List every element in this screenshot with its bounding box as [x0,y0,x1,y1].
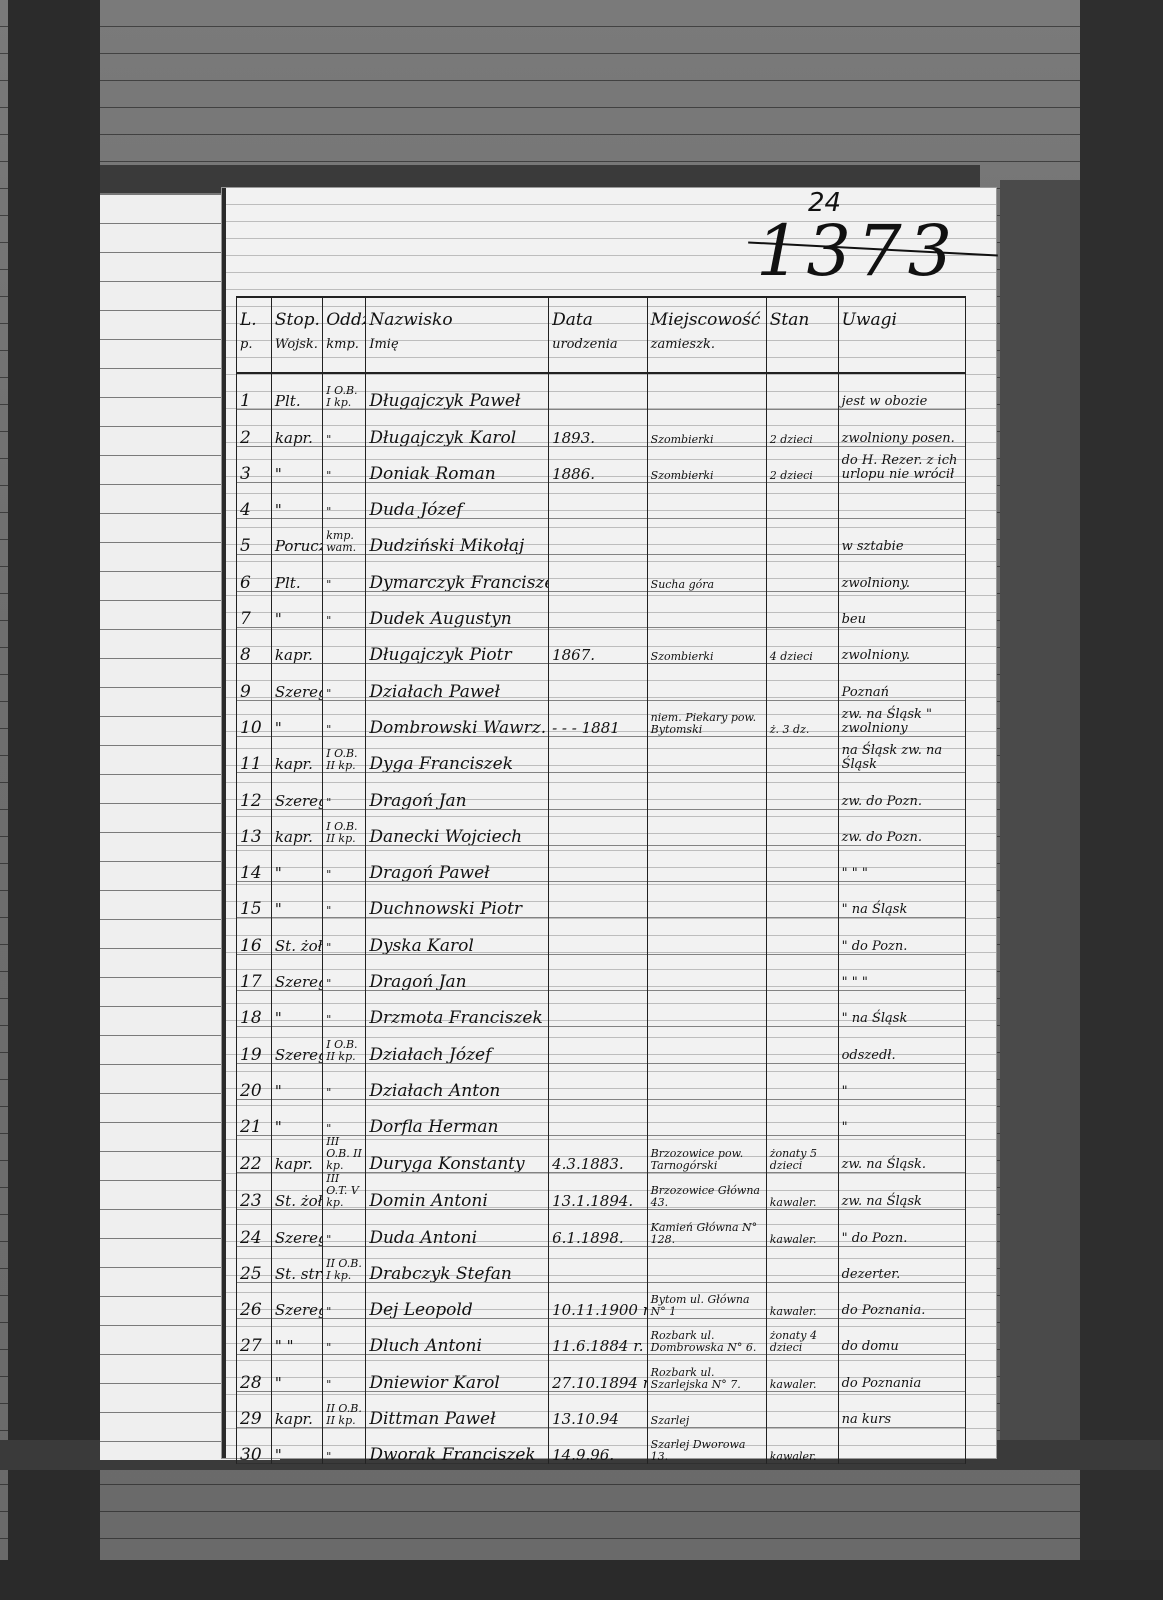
cell-unit: " [323,446,366,482]
header-marital-status: Stan [766,297,838,373]
cell-name: Duchnowski Piotr [366,882,549,918]
header-birth-date: Dataurodzenia [549,297,648,373]
scan-shadow-left [8,0,100,1600]
cell-unit: " [323,1099,366,1135]
cell-rank: " [271,1099,322,1135]
soldier-register-table: L.p. Stop.Wojsk. Oddz.kmp. NazwiskoImię … [236,296,966,1464]
header-lp: L.p. [237,297,272,373]
cell-residence: Brzozowice Główna 43. [647,1173,766,1210]
cell-remarks: beu [838,591,965,627]
cell-rank: Szereg. [271,1282,322,1318]
cell-unit: " [323,1355,366,1391]
table-row: 16St. żoł."Dyska Karol" do Pozn. [237,918,966,954]
cell-rank: kapr. [271,410,322,446]
cell-name: Dworak Franciszek [366,1428,549,1464]
cell-marital-status: żonaty 4 dzieci [766,1319,838,1355]
cell-birth-date [549,809,648,845]
cell-marital-status [766,882,838,918]
cell-residence: Rozbark ul. Szarlejska N° 7. [647,1355,766,1391]
cell-name: Działach Anton [366,1063,549,1099]
cell-unit: " [323,700,366,736]
cell-residence [647,882,766,918]
cell-rank: " [271,700,322,736]
cell-residence [647,954,766,990]
cell-rank: Plt. [271,373,322,410]
table-row: 15""Duchnowski Piotr" na Śląsk [237,882,966,918]
cell-remarks: odszedł. [838,1027,965,1063]
table-row: 9Szereg."Działach PawełPoznań [237,664,966,700]
cell-remarks: " na Śląsk [838,991,965,1027]
table-row: 27" ""Dluch Antoni11.6.1884 r.Rozbark ul… [237,1319,966,1355]
cell-lp: 10 [237,700,272,736]
cell-name: Dyga Franciszek [366,736,549,772]
cell-lp: 27 [237,1319,272,1355]
cell-lp: 24 [237,1210,272,1246]
ledger-page: 24 1373 L.p. Stop.Wojsk. Oddz.kmp. Nazwi… [222,188,996,1458]
cell-name: Duda Józef [366,482,549,518]
cell-unit: I O.B. II kp. [323,736,366,772]
table-row: 12Szereg."Dragoń Janzw. do Pozn. [237,773,966,809]
cell-birth-date: 11.6.1884 r. [549,1319,648,1355]
cell-marital-status: kawaler. [766,1210,838,1246]
cell-unit: " [323,773,366,809]
cell-remarks [838,1428,965,1464]
cell-rank: Porucz. [271,519,322,555]
cell-rank: " [271,591,322,627]
cell-name: Długajczyk Karol [366,410,549,446]
cell-birth-date: 13.1.1894. [549,1173,648,1210]
cell-rank: Szereg. [271,1027,322,1063]
cell-unit: " [323,845,366,881]
cell-birth-date [549,773,648,809]
cell-birth-date: - - - 1881 [549,700,648,736]
cell-remarks: zwolniony posen. [838,410,965,446]
table-row: 23St. żoł.III O.T. V kp.Domin Antoni13.1… [237,1173,966,1210]
cell-name: Dudek Augustyn [366,591,549,627]
cell-lp: 6 [237,555,272,591]
table-row: 8kapr.Długajczyk Piotr1867.Szombierki4 d… [237,628,966,664]
cell-unit: " [323,1210,366,1246]
cell-rank: " [271,1063,322,1099]
cell-marital-status [766,591,838,627]
cell-unit: " [323,1282,366,1318]
cell-marital-status: 2 dzieci [766,410,838,446]
cell-unit: II O.B. II kp. [323,1391,366,1427]
table-row: 22kapr.III O.B. II kp.Duryga Konstanty4.… [237,1136,966,1173]
cell-lp: 21 [237,1099,272,1135]
cell-marital-status: kawaler. [766,1428,838,1464]
cell-birth-date [549,918,648,954]
cell-rank: Szereg. [271,954,322,990]
cell-lp: 15 [237,882,272,918]
cell-residence [647,591,766,627]
cell-marital-status [766,1027,838,1063]
cell-marital-status: ż. 3 dz. [766,700,838,736]
cell-unit [323,628,366,664]
cell-remarks: jest w obozie [838,373,965,410]
cell-unit: I O.B. II kp. [323,1027,366,1063]
cell-remarks: zw. do Pozn. [838,773,965,809]
cell-residence [647,482,766,518]
cell-lp: 20 [237,1063,272,1099]
cell-birth-date [549,1027,648,1063]
cell-name: Dorfla Herman [366,1099,549,1135]
cell-remarks: " do Pozn. [838,918,965,954]
table-row: 11kapr.I O.B. II kp.Dyga Franciszekna Śl… [237,736,966,772]
cell-birth-date: 1886. [549,446,648,482]
cell-rank: kapr. [271,1391,322,1427]
cell-residence [647,1246,766,1282]
cell-residence [647,809,766,845]
header-residence: Miejscowośćzamieszk. [647,297,766,373]
cell-residence: Szombierki [647,628,766,664]
cell-marital-status [766,809,838,845]
cell-remarks: zw. na Śląsk. [838,1136,965,1173]
cell-name: Działach Józef [366,1027,549,1063]
cell-remarks: zwolniony. [838,555,965,591]
cell-name: Dniewior Karol [366,1355,549,1391]
cell-remarks: " [838,1063,965,1099]
cell-lp: 13 [237,809,272,845]
cell-rank: St. żoł. [271,1173,322,1210]
cell-rank: Szereg. [271,773,322,809]
table-row: 28""Dniewior Karol27.10.1894 r.Rozbark u… [237,1355,966,1391]
cell-birth-date [549,482,648,518]
cell-unit: III O.B. II kp. [323,1136,366,1173]
cell-remarks: " " " [838,845,965,881]
cell-unit: " [323,482,366,518]
cell-residence: Kamień Główna N° 128. [647,1210,766,1246]
cell-residence [647,1027,766,1063]
table-row: 21""Dorfla Herman" [237,1099,966,1135]
cell-marital-status: 2 dzieci [766,446,838,482]
cell-lp: 7 [237,591,272,627]
table-row: 29kapr.II O.B. II kp.Dittman Paweł13.10.… [237,1391,966,1427]
table-row: 24Szereg."Duda Antoni6.1.1898.Kamień Głó… [237,1210,966,1246]
table-row: 20""Działach Anton" [237,1063,966,1099]
cell-name: Działach Paweł [366,664,549,700]
cell-unit: " [323,555,366,591]
cell-unit: " [323,1319,366,1355]
table-row: 10""Dombrowski Wawrz.- - - 1881niem. Pie… [237,700,966,736]
cell-birth-date [549,664,648,700]
cell-name: Dyska Karol [366,918,549,954]
cell-rank: kapr. [271,1136,322,1173]
scan-shadow-bottom [0,1560,1163,1600]
cell-marital-status [766,773,838,809]
cell-birth-date [549,991,648,1027]
cell-marital-status [766,1099,838,1135]
cell-lp: 25 [237,1246,272,1282]
cell-residence: Szombierki [647,446,766,482]
cell-marital-status [766,1246,838,1282]
cell-remarks: zw. na Śląsk [838,1173,965,1210]
cell-name: Drzmota Franciszek [366,991,549,1027]
cell-lp: 22 [237,1136,272,1173]
cell-unit: I O.B. II kp. [323,809,366,845]
cell-residence [647,845,766,881]
cell-lp: 12 [237,773,272,809]
cell-remarks: do domu [838,1319,965,1355]
cell-remarks: " [838,1099,965,1135]
register-number: 1373 [756,210,958,292]
cell-birth-date [549,1063,648,1099]
cell-rank: Plt. [271,555,322,591]
cell-unit: " [323,664,366,700]
cell-residence [647,736,766,772]
header-unit: Oddz.kmp. [323,297,366,373]
cell-lp: 5 [237,519,272,555]
cell-rank: Szereg. [271,664,322,700]
cell-remarks: " na Śląsk [838,882,965,918]
cell-name: Duryga Konstanty [366,1136,549,1173]
cell-rank: Szereg. [271,1210,322,1246]
cell-birth-date: 6.1.1898. [549,1210,648,1246]
cell-marital-status [766,1391,838,1427]
cell-name: Doniak Roman [366,446,549,482]
cell-name: Dymarczyk Franciszek [366,555,549,591]
cell-birth-date: 10.11.1900 r. [549,1282,648,1318]
cell-unit: kmp. wam. [323,519,366,555]
cell-birth-date [549,591,648,627]
cell-birth-date [549,882,648,918]
cell-unit: II O.B. I kp. [323,1246,366,1282]
cell-residence: Szarlej Dworowa 13. [647,1428,766,1464]
cell-residence [647,373,766,410]
cell-residence [647,664,766,700]
cell-lp: 8 [237,628,272,664]
cell-birth-date: 27.10.1894 r. [549,1355,648,1391]
cell-lp: 11 [237,736,272,772]
cell-marital-status: żonaty 5 dzieci [766,1136,838,1173]
cell-name: Długajczyk Piotr [366,628,549,664]
table-row: 1Plt.I O.B. I kp.Długajczyk Pawełjest w … [237,373,966,410]
cell-birth-date: 13.10.94 [549,1391,648,1427]
cell-remarks: dezerter. [838,1246,965,1282]
cell-rank: " [271,446,322,482]
cell-lp: 18 [237,991,272,1027]
cell-rank: " [271,1355,322,1391]
cell-residence: Bytom ul. Główna N° 1 [647,1282,766,1318]
cell-birth-date [549,736,648,772]
cell-birth-date: 1867. [549,628,648,664]
cell-name: Duda Antoni [366,1210,549,1246]
table-row: 6Plt."Dymarczyk FranciszekSucha górazwol… [237,555,966,591]
cell-marital-status: kawaler. [766,1282,838,1318]
cell-rank: " " [271,1319,322,1355]
cell-name: Dudziński Mikołaj [366,519,549,555]
cell-remarks: na Śląsk zw. na Śląsk [838,736,965,772]
cell-remarks: zw. do Pozn. [838,809,965,845]
cell-residence: niem. Piekary pow. Bytomski [647,700,766,736]
cell-lp: 29 [237,1391,272,1427]
cell-residence: Rozbark ul. Dombrowska N° 6. [647,1319,766,1355]
cell-rank: St. strz. [271,1246,322,1282]
cell-rank: " [271,845,322,881]
cell-lp: 30 [237,1428,272,1464]
cell-birth-date [549,1099,648,1135]
header-rank: Stop.Wojsk. [271,297,322,373]
cell-unit: " [323,954,366,990]
cell-marital-status [766,519,838,555]
cell-birth-date: 14.9.96. [549,1428,648,1464]
cell-residence: Sucha góra [647,555,766,591]
cell-name: Dragoń Jan [366,773,549,809]
cell-lp: 14 [237,845,272,881]
cell-name: Drabczyk Stefan [366,1246,549,1282]
cell-marital-status [766,954,838,990]
cell-name: Dittman Paweł [366,1391,549,1427]
cell-marital-status [766,736,838,772]
cell-name: Dombrowski Wawrz. [366,700,549,736]
cell-rank: " [271,1428,322,1464]
cell-residence [647,773,766,809]
cell-residence [647,1099,766,1135]
cell-lp: 16 [237,918,272,954]
cell-remarks [838,482,965,518]
table-row: 26Szereg."Dej Leopold10.11.1900 r.Bytom … [237,1282,966,1318]
cell-remarks: zwolniony. [838,628,965,664]
cell-remarks: do Poznania. [838,1282,965,1318]
table-row: 19Szereg.I O.B. II kp.Działach Józefodsz… [237,1027,966,1063]
cell-name: Dluch Antoni [366,1319,549,1355]
cell-name: Długajczyk Paweł [366,373,549,410]
cell-birth-date [549,845,648,881]
cell-rank: " [271,882,322,918]
cell-name: Danecki Wojciech [366,809,549,845]
scan-shadow-mid [1000,180,1080,1450]
cell-unit: " [323,882,366,918]
table-row: 3""Doniak Roman1886.Szombierki2 dziecido… [237,446,966,482]
table-row: 2kapr."Długajczyk Karol1893.Szombierki2 … [237,410,966,446]
cell-remarks: do Poznania [838,1355,965,1391]
table-header-row: L.p. Stop.Wojsk. Oddz.kmp. NazwiskoImię … [237,297,966,373]
cell-remarks: " " " [838,954,965,990]
cell-name: Dragoń Jan [366,954,549,990]
cell-lp: 4 [237,482,272,518]
cell-name: Dej Leopold [366,1282,549,1318]
cell-unit: I O.B. I kp. [323,373,366,410]
cell-marital-status [766,555,838,591]
cell-marital-status [766,991,838,1027]
table-row: 5Porucz.kmp. wam.Dudziński Mikołajw szta… [237,519,966,555]
cell-residence [647,1063,766,1099]
cell-remarks: zw. na Śląsk " zwolniony [838,700,965,736]
cell-marital-status [766,845,838,881]
cell-marital-status: kawaler. [766,1173,838,1210]
cell-unit: " [323,410,366,446]
cell-lp: 23 [237,1173,272,1210]
table-row: 4""Duda Józef [237,482,966,518]
cell-birth-date: 4.3.1883. [549,1136,648,1173]
cell-residence: Brzozowice pow. Tarnogórski [647,1136,766,1173]
table-row: 14""Dragoń Paweł" " " [237,845,966,881]
cell-rank: " [271,991,322,1027]
cell-birth-date [549,954,648,990]
cell-marital-status [766,373,838,410]
cell-remarks: " do Pozn. [838,1210,965,1246]
header-remarks: Uwagi [838,297,965,373]
table-row: 13kapr.I O.B. II kp.Danecki Wojciechzw. … [237,809,966,845]
cell-lp: 17 [237,954,272,990]
cell-lp: 1 [237,373,272,410]
table-row: 25St. strz.II O.B. I kp.Drabczyk Stefand… [237,1246,966,1282]
scan-shadow-right [1080,0,1163,1600]
cell-unit: " [323,1063,366,1099]
cell-name: Dragoń Paweł [366,845,549,881]
cell-unit: " [323,591,366,627]
table-row: 18""Drzmota Franciszek" na Śląsk [237,991,966,1027]
cell-birth-date [549,1246,648,1282]
cell-residence [647,519,766,555]
cell-rank: kapr. [271,736,322,772]
cell-marital-status [766,1063,838,1099]
cell-rank: " [271,482,322,518]
cell-remarks: w sztabie [838,519,965,555]
cell-lp: 9 [237,664,272,700]
cell-rank: kapr. [271,809,322,845]
cell-birth-date [549,519,648,555]
cell-rank: kapr. [271,628,322,664]
cell-birth-date: 1893. [549,410,648,446]
cell-lp: 28 [237,1355,272,1391]
header-name: NazwiskoImię [366,297,549,373]
cell-unit: " [323,918,366,954]
cell-marital-status [766,918,838,954]
cell-remarks: na kurs [838,1391,965,1427]
cell-birth-date [549,555,648,591]
cell-rank: St. żoł. [271,918,322,954]
table-row: 7""Dudek Augustynbeu [237,591,966,627]
cell-birth-date [549,373,648,410]
cell-remarks: Poznań [838,664,965,700]
cell-marital-status: kawaler. [766,1355,838,1391]
cell-unit: III O.T. V kp. [323,1173,366,1210]
cell-residence: Szarlej [647,1391,766,1427]
cell-lp: 26 [237,1282,272,1318]
cell-marital-status [766,482,838,518]
cell-residence: Szombierki [647,410,766,446]
cell-lp: 19 [237,1027,272,1063]
cell-name: Domin Antoni [366,1173,549,1210]
cell-remarks: do H. Rezer. z ich urlopu nie wrócił [838,446,965,482]
cell-residence [647,918,766,954]
table-row: 17Szereg."Dragoń Jan" " " [237,954,966,990]
table-row: 30""Dworak Franciszek14.9.96.Szarlej Dwo… [237,1428,966,1464]
cell-lp: 3 [237,446,272,482]
cell-residence [647,991,766,1027]
cell-marital-status: 4 dzieci [766,628,838,664]
cell-marital-status [766,664,838,700]
cell-lp: 2 [237,410,272,446]
cell-unit: " [323,991,366,1027]
cell-unit: " [323,1428,366,1464]
